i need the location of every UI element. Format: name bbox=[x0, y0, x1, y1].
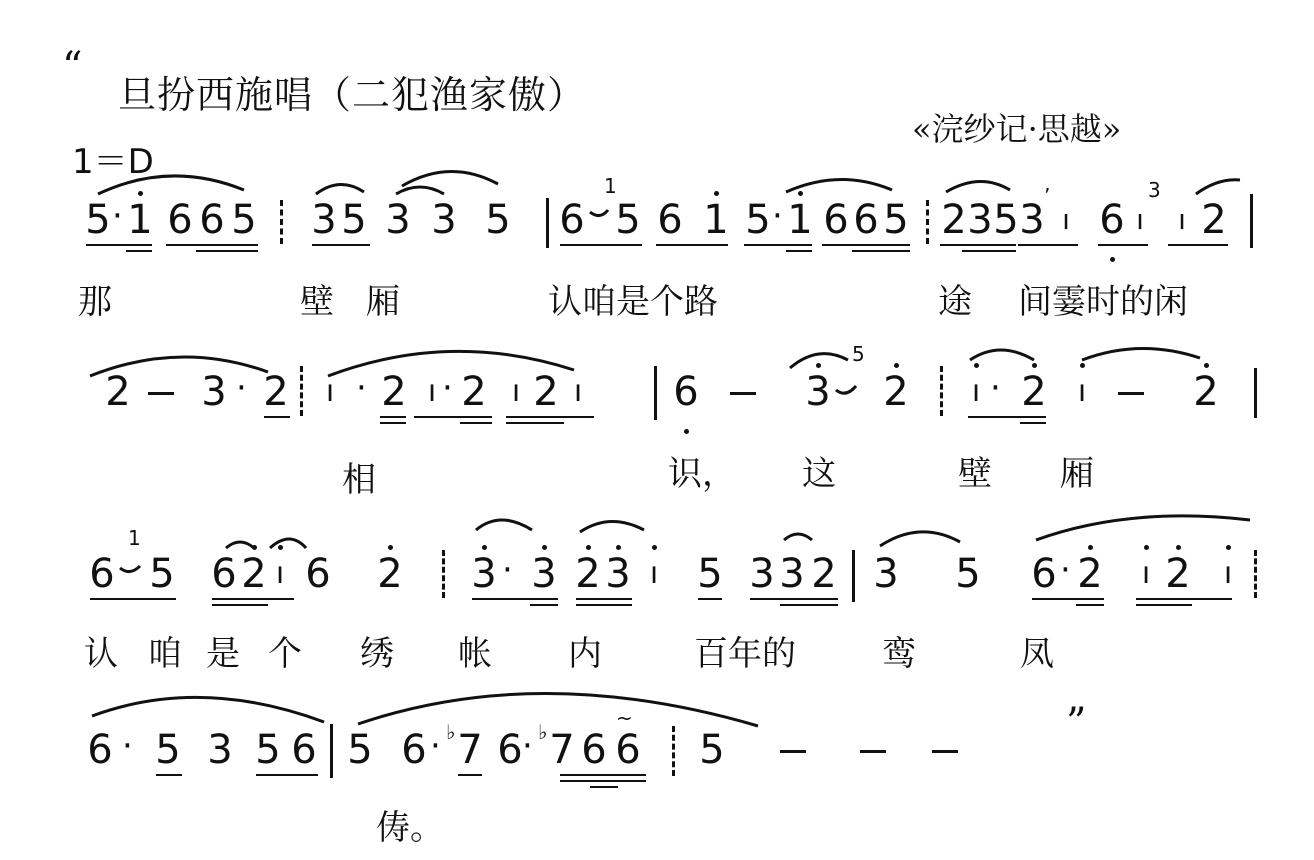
slur bbox=[880, 532, 960, 546]
slur bbox=[836, 386, 856, 393]
slur bbox=[358, 693, 758, 726]
slur bbox=[316, 184, 364, 194]
slur bbox=[946, 181, 1010, 192]
slur bbox=[580, 521, 644, 532]
slur bbox=[270, 539, 306, 548]
slur bbox=[590, 210, 608, 216]
slur bbox=[786, 179, 892, 192]
slur bbox=[402, 171, 498, 186]
slur bbox=[92, 697, 324, 722]
slur bbox=[226, 542, 254, 548]
slur bbox=[396, 187, 444, 194]
slur-layer bbox=[0, 0, 1314, 860]
slur bbox=[328, 351, 574, 376]
slur bbox=[1082, 348, 1200, 360]
slur bbox=[790, 354, 848, 368]
slur bbox=[1196, 180, 1240, 194]
slur bbox=[98, 176, 244, 194]
slur bbox=[784, 534, 812, 540]
slur bbox=[476, 520, 532, 530]
slur bbox=[90, 357, 268, 376]
slur bbox=[970, 350, 1034, 360]
slur bbox=[1036, 516, 1250, 540]
slur bbox=[120, 566, 140, 572]
